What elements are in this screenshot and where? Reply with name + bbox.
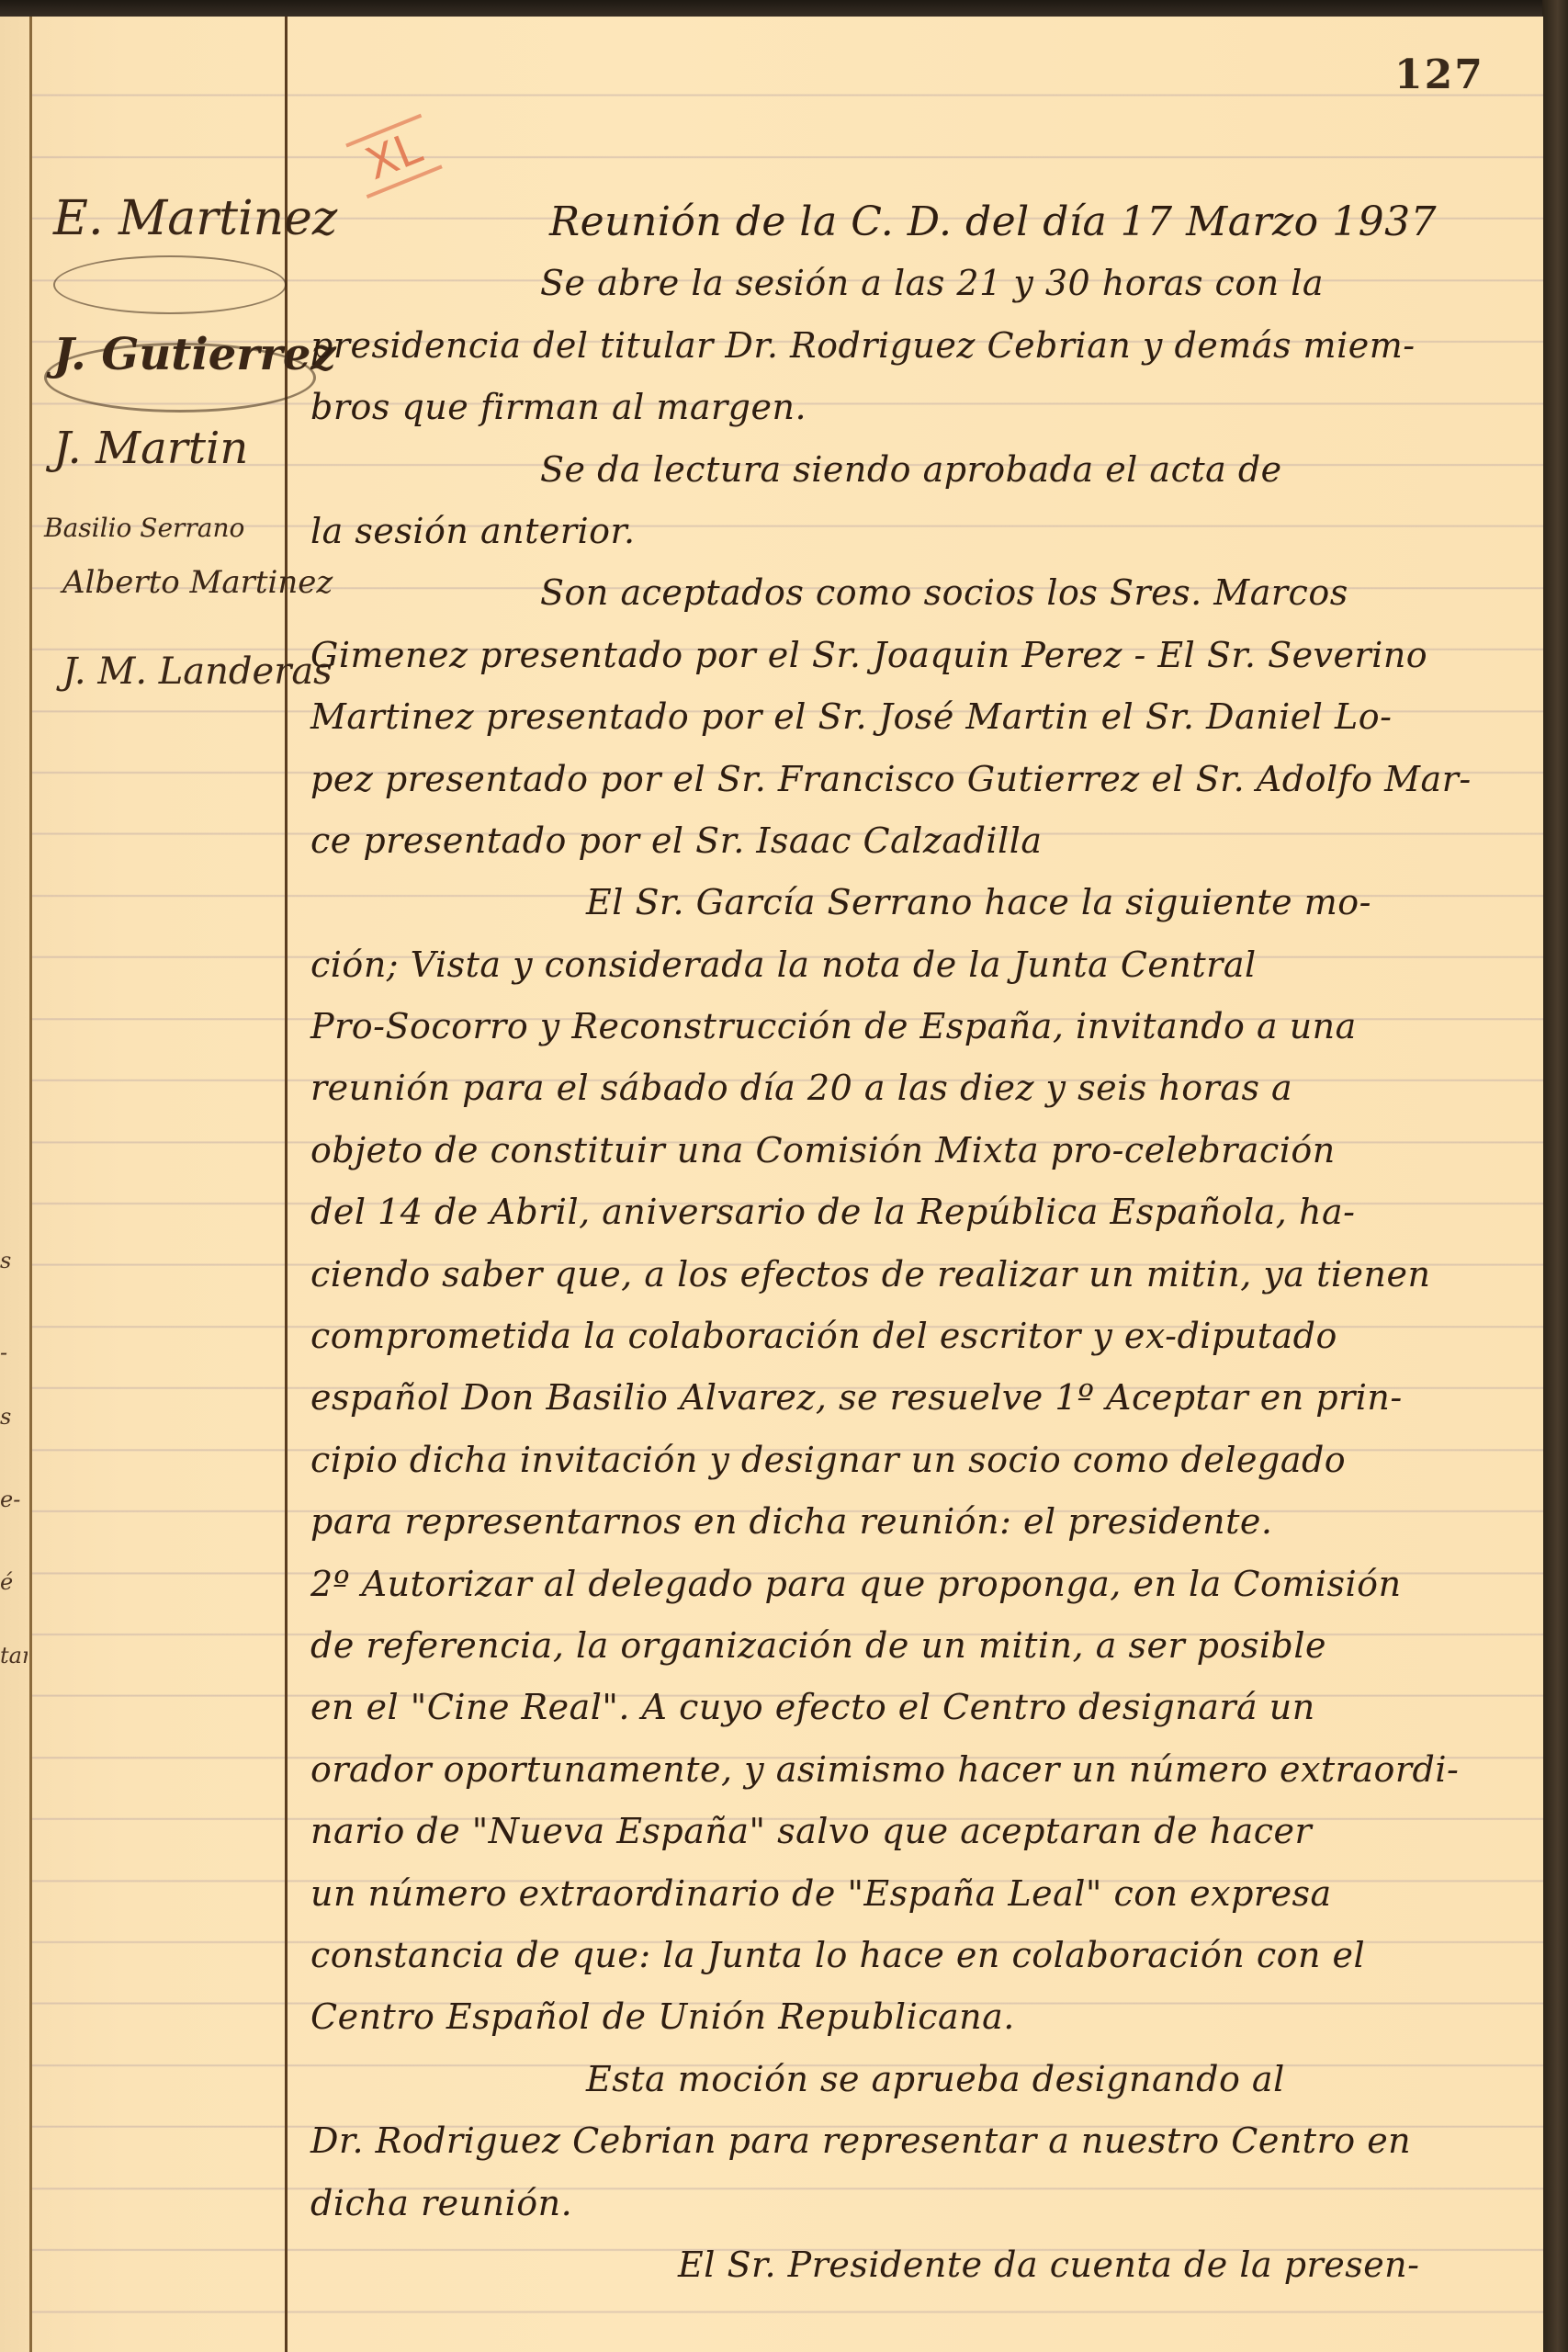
text-line: ciendo saber que, a los efectos de reali…	[310, 1244, 1532, 1306]
text-line: Esta moción se aprueba designando al	[310, 2049, 1532, 2110]
text-line: orador oportunamente, y asimismo hacer u…	[310, 1739, 1532, 1801]
text-line: objeto de constituir una Comisión Mixta …	[310, 1120, 1532, 1182]
text-line: constancia de que: la Junta lo hace en c…	[310, 1925, 1532, 1986]
text-line: reunión para el sábado día 20 a las diez…	[310, 1057, 1532, 1119]
page-number: 127	[1394, 51, 1484, 98]
text-line: bros que firman al margen.	[310, 377, 1532, 438]
signature: J. M. Landeras	[62, 650, 333, 693]
text-line: El Sr. Presidente da cuenta de la presen…	[310, 2234, 1532, 2296]
previous-page-fragment: s	[0, 1248, 28, 1273]
previous-page-fragment: é	[0, 1569, 28, 1595]
signature: Alberto Martinez	[62, 564, 333, 601]
signature: Basilio Serrano	[44, 513, 244, 543]
signature: J. Martin	[53, 423, 248, 474]
minutes-text: Reunión de la C. D. del día 17 Marzo 193…	[310, 191, 1532, 2296]
text-line: de referencia, la organización de un mit…	[310, 1615, 1532, 1677]
text-line: pez presentado por el Sr. Francisco Guti…	[310, 749, 1532, 810]
text-line: para representarnos en dicha reunión: el…	[310, 1491, 1532, 1553]
text-line: en el "Cine Real". A cuyo efecto el Cent…	[310, 1677, 1532, 1738]
text-line: presidencia del titular Dr. Rodriguez Ce…	[310, 315, 1532, 377]
previous-page-fragment: s	[0, 1404, 28, 1430]
previous-page-fragment: e-	[0, 1487, 28, 1512]
text-line: Martinez presentado por el Sr. José Mart…	[310, 686, 1532, 748]
text-line: dicha reunión.	[310, 2173, 1532, 2234]
text-line: Se abre la sesión a las 21 y 30 horas co…	[310, 253, 1532, 314]
text-line: Pro-Socorro y Reconstrucción de España, …	[310, 996, 1532, 1057]
signature: E. Martinez	[53, 191, 337, 246]
text-line: 2º Autorizar al delegado para que propon…	[310, 1554, 1532, 1615]
signature-flourish	[53, 255, 287, 314]
previous-page-fragment: -	[0, 1340, 28, 1365]
text-line: Son aceptados como socios los Sres. Marc…	[310, 562, 1532, 624]
text-line: un número extraordinario de "España Leal…	[310, 1863, 1532, 1925]
previous-page-fragment: tar	[0, 1643, 28, 1668]
text-line: Centro Español de Unión Republicana.	[310, 1986, 1532, 2048]
text-line: cipio dicha invitación y designar un soc…	[310, 1430, 1532, 1491]
text-line: del 14 de Abril, aniversario de la Repúb…	[310, 1182, 1532, 1243]
text-line: español Don Basilio Alvarez, se resuelve…	[310, 1367, 1532, 1429]
signature: J. Gutierrez	[53, 329, 336, 380]
text-line: El Sr. García Serrano hace la siguiente …	[310, 872, 1532, 933]
ledger-page: s - s e- é tar 127 XL E. Martinez J. Gut…	[0, 17, 1543, 2352]
text-line: Gimenez presentado por el Sr. Joaquin Pe…	[310, 625, 1532, 686]
text-line: nario de "Nueva España" salvo que acepta…	[310, 1801, 1532, 1862]
text-line: la sesión anterior.	[310, 501, 1532, 562]
text-line: comprometida la colaboración del escrito…	[310, 1306, 1532, 1367]
meeting-title: Reunión de la C. D. del día 17 Marzo 193…	[310, 191, 1532, 253]
text-line: ción; Vista y considerada la nota de la …	[310, 934, 1532, 996]
previous-page-edge: s - s e- é tar	[0, 17, 32, 2352]
book-binding-top	[0, 0, 1568, 18]
text-line: Se da lectura siendo aprobada el acta de	[310, 439, 1532, 501]
book-binding-right	[1542, 0, 1568, 2352]
text-line: ce presentado por el Sr. Isaac Calzadill…	[310, 810, 1532, 872]
text-line: Dr. Rodriguez Cebrian para representar a…	[310, 2110, 1532, 2172]
